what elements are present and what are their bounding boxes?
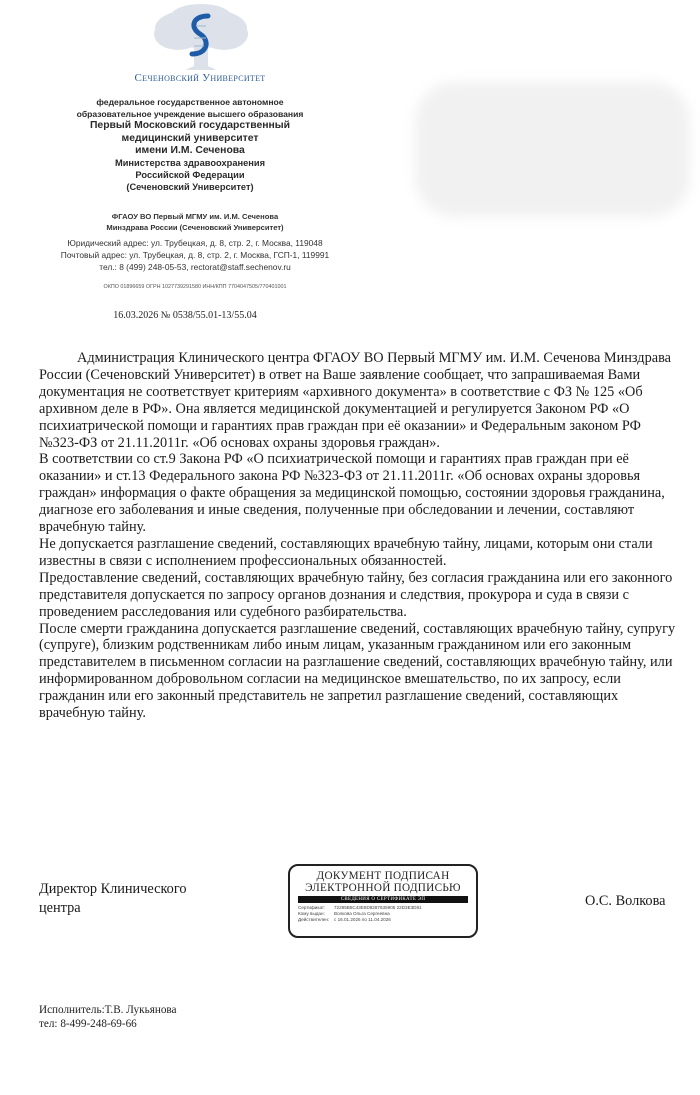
signatory-title: Директор Клинического центра — [39, 880, 229, 918]
letter-body: Администрация Клинического центра ФГАОУ … — [39, 350, 679, 722]
redacted-recipient — [415, 82, 690, 217]
short-name-line: Минздрава России (Сеченовский Университе… — [30, 222, 360, 233]
org-line: имени И.М. Сеченова — [40, 145, 340, 157]
postal-address: Почтовый адрес: ул. Трубецкая, д. 8, стр… — [30, 249, 360, 261]
paragraph: Предоставление сведений, составляющих вр… — [39, 570, 679, 621]
signatory-name: О.С. Волкова — [585, 893, 666, 910]
paragraph: В соответствии со ст.9 Закона РФ «О псих… — [39, 451, 679, 536]
paragraph: Администрация Клинического центра ФГАОУ … — [39, 350, 679, 451]
org-line: Российской Федерации — [40, 169, 340, 181]
org-line: федеральное государственное автономное — [40, 96, 340, 108]
sechenov-tree-dna-logo-icon — [148, 4, 254, 74]
org-line: Министерства здравоохранения — [40, 157, 340, 169]
executor-name: Исполнитель:Т.В. Лукьянова — [39, 1003, 177, 1017]
short-name-line: ФГАОУ ВО Первый МГМУ им. И.М. Сеченова — [30, 211, 360, 222]
registry-codes: ОКПО 01896659 ОГРН 1027739291580 ИНН/КПП… — [30, 284, 360, 290]
paragraph: После смерти гражданина допускается разг… — [39, 621, 679, 722]
legal-address: Юридический адрес: ул. Трубецкая, д. 8, … — [30, 237, 360, 249]
org-line: (Сеченовский Университет) — [40, 181, 340, 193]
executor-block: Исполнитель:Т.В. Лукьянова тел: 8-499-24… — [39, 1003, 177, 1031]
organization-short-name: ФГАОУ ВО Первый МГМУ им. И.М. Сеченова М… — [30, 211, 360, 233]
org-line: образовательное учреждение высшего образ… — [40, 108, 340, 120]
stamp-certificate-bar: СВЕДЕНИЯ О СЕРТИФИКАТЕ ЭП — [298, 896, 468, 903]
organization-name: федеральное государственное автономное о… — [40, 96, 340, 194]
org-line: Первый Московский государственный — [40, 120, 340, 132]
address-block: Юридический адрес: ул. Трубецкая, д. 8, … — [30, 237, 360, 273]
stamp-line: ДОКУМЕНТ ПОДПИСАН — [290, 870, 476, 882]
logo-caption: Сеченовский Университет — [100, 72, 300, 84]
contacts: тел.: 8 (499) 248-05-53, rectorat@staff.… — [30, 261, 360, 273]
executor-phone: тел: 8-499-248-69-66 — [39, 1017, 177, 1031]
university-logo — [148, 4, 254, 74]
outgoing-number: 16.03.2026 № 0538/55.01-13/55.04 — [60, 310, 310, 321]
paragraph: Не допускается разглашение сведений, сос… — [39, 536, 679, 570]
stamp-line: ЭЛЕКТРОННОЙ ПОДПИСЬЮ — [290, 882, 476, 894]
stamp-row: Действителен: с 16.01.2025 по 11.04.2026 — [290, 917, 476, 923]
org-line: медицинский университет — [40, 133, 340, 145]
electronic-signature-stamp: ДОКУМЕНТ ПОДПИСАН ЭЛЕКТРОННОЙ ПОДПИСЬЮ С… — [288, 864, 478, 938]
